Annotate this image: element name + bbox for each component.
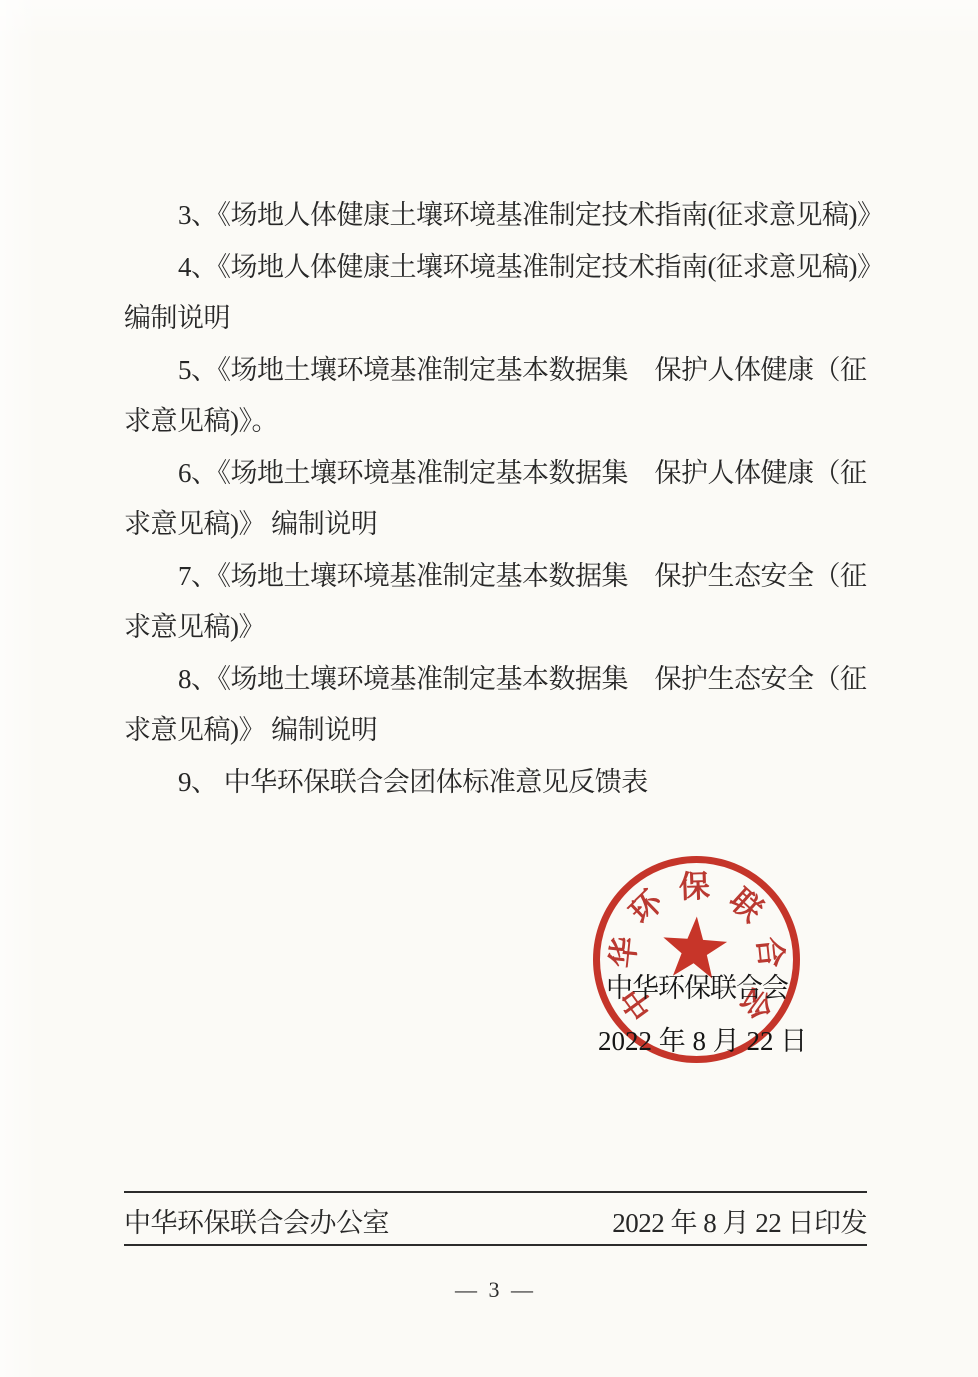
seal-arc-character: 华 — [605, 933, 642, 970]
print-date-text: 2022 年 8 月 22 日印发 — [612, 1201, 867, 1240]
seal-date-text: 2022 年 8 月 22 日 — [598, 1019, 807, 1058]
document-line: 9、 中华环保联合会团体标准意见反馈表 — [124, 757, 914, 809]
document-line: 6、《场地土壤环境基准制定基本数据集 保护人体健康（征 — [124, 448, 914, 500]
footer-top-rule — [124, 1191, 867, 1193]
issuing-office-text: 中华环保联合会办公室 — [124, 1201, 389, 1240]
document-line: 编制说明 — [124, 293, 914, 345]
document-line: 求意见稿)》 — [124, 602, 914, 654]
document-line: 7、《场地土壤环境基准制定基本数据集 保护生态安全（征 — [124, 551, 914, 603]
colophon: 中华环保联合会办公室 2022 年 8 月 22 日印发 — [124, 1201, 867, 1240]
document-line: 8、《场地土壤环境基准制定基本数据集 保护生态安全（征 — [124, 654, 914, 706]
seal-issuer-text: 中华环保联合会 — [606, 966, 788, 1005]
document-line: 5、《场地土壤环境基准制定基本数据集 保护人体健康（征 — [124, 345, 914, 397]
seal-arc-character: 合 — [750, 933, 787, 970]
document-line: 4、《场地人体健康土壤环境基准制定技术指南(征求意见稿)》 — [124, 242, 914, 294]
document-line: 求意见稿)》 编制说明 — [124, 705, 914, 757]
document-line: 3、《场地人体健康土壤环境基准制定技术指南(征求意见稿)》 — [124, 190, 914, 242]
page-number: — 3 — — [124, 1277, 867, 1303]
seal-arc-character: 保 — [676, 869, 711, 904]
footer-bottom-rule — [124, 1244, 867, 1246]
document-line: 求意见稿)》。 — [124, 396, 914, 448]
document-line: 求意见稿)》 编制说明 — [124, 499, 914, 551]
attachment-list: 3、《场地人体健康土壤环境基准制定技术指南(征求意见稿)》 4、《场地人体健康土… — [124, 190, 914, 808]
document-page: 3、《场地人体健康土壤环境基准制定技术指南(征求意见稿)》 4、《场地人体健康土… — [0, 0, 978, 1377]
